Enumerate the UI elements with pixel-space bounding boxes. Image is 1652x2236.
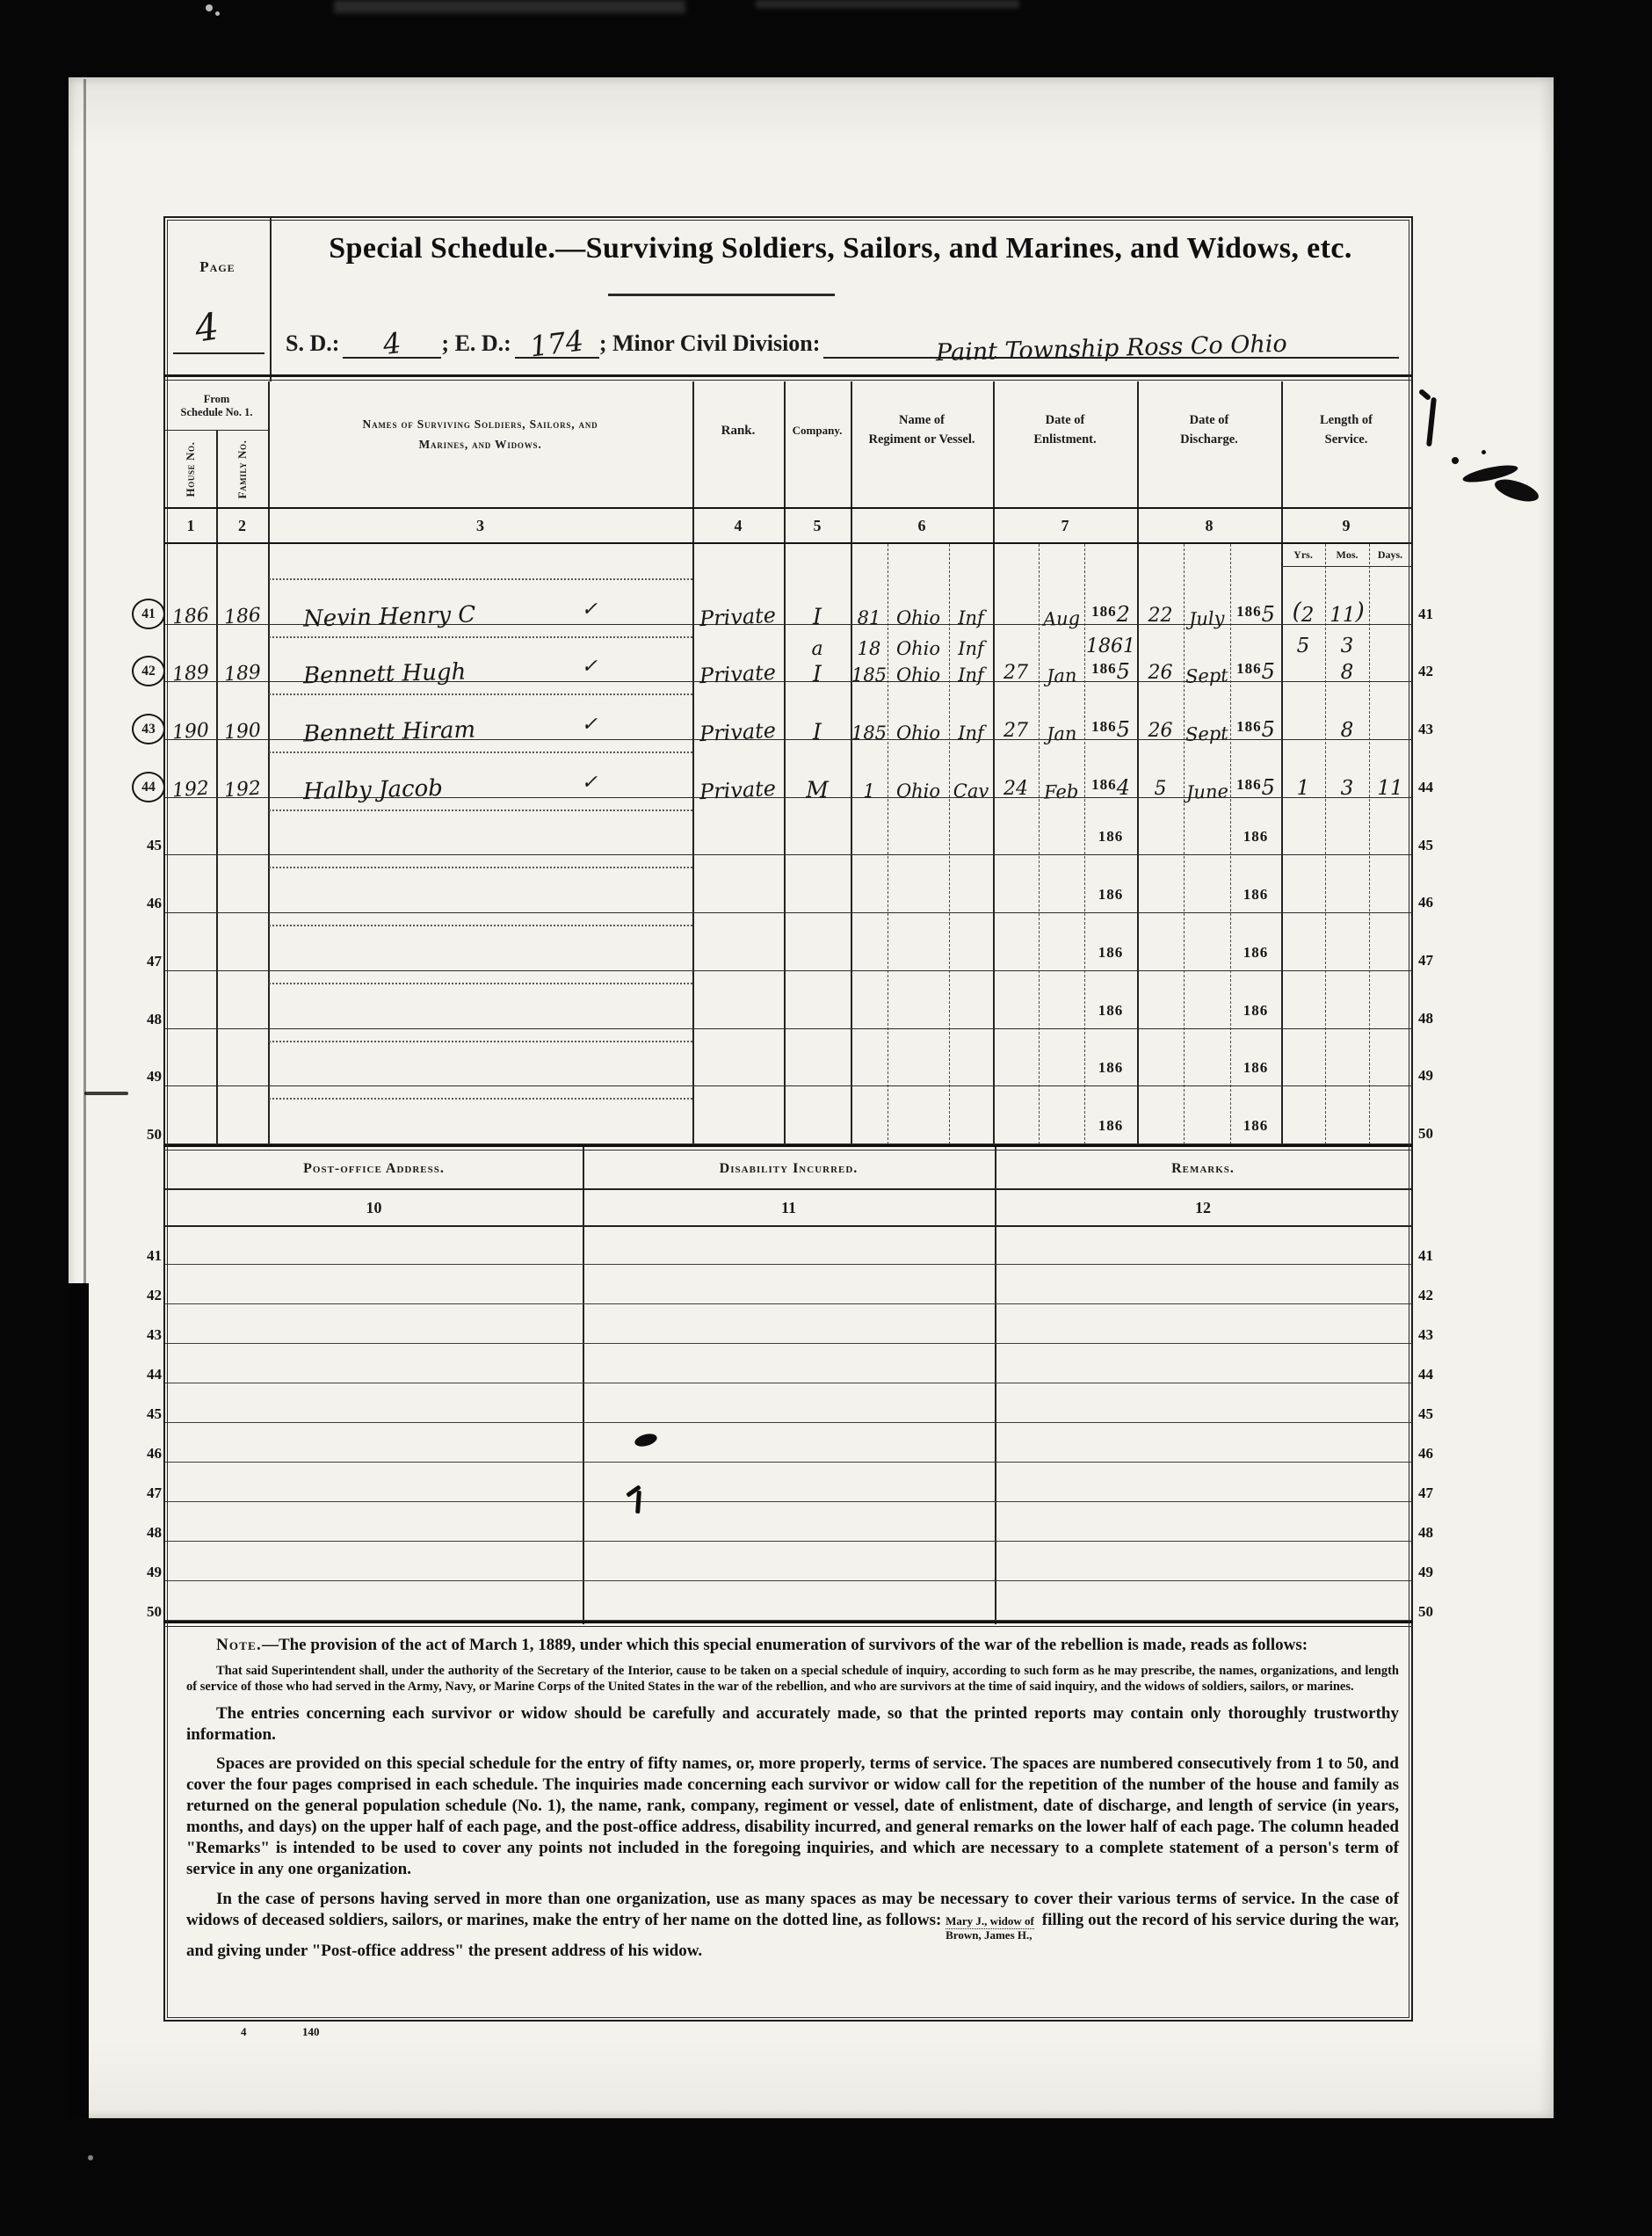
enlist-year-cell: 1862 [1084,567,1137,624]
discharge-year-cell: 186 [1230,971,1281,1028]
discharge-header: Date of Discharge. [1137,381,1281,507]
row-number-left: 48 [134,1524,162,1542]
row-number-right: 47 [1418,1485,1453,1502]
table-row [165,1542,1411,1581]
discharge-day: 26 [1148,720,1173,742]
row-number-right: 42 [1418,663,1453,680]
ink-smudge [1452,457,1459,464]
row-number-right: 50 [1418,1603,1453,1621]
enlistment-header-line1: Date of [993,411,1137,431]
empty-cells [165,913,1084,970]
regiment-no-cell: 81 [851,567,888,624]
table-row: 186 186 [165,1086,1411,1144]
yrs-subheader: Yrs. [1281,544,1325,566]
company-cell: I [784,625,851,682]
table-row: 186 186 [165,855,1411,913]
schedule-ref-header: From Schedule No. 1. House No. Family No… [165,381,268,507]
name-cell: Bennett Hugh✓ [268,625,692,682]
row-number-left: 49 [134,1068,162,1085]
regiment-header-line1: Name of [851,411,993,431]
regiment-branch-cell: Inf [949,625,993,682]
discharge-year-cell: 186 [1230,913,1281,970]
ed-value-handwritten: 174 [528,323,585,363]
house-no-cell: 186 [165,567,216,624]
mos-cell: 8 [1325,682,1369,739]
length-header-line2: Service. [1281,431,1411,450]
discharge-year-cell: 186 [1230,855,1281,912]
name-cell: Bennett Hiram✓ [268,682,692,739]
discharge-year-printed: 186 [1236,776,1262,794]
paren-close: ) [1356,599,1365,625]
empty-cells [1281,1086,1411,1143]
sd-blank: 4 [343,327,441,359]
row-number-right: 49 [1418,1564,1453,1581]
column-number: 10 [165,1192,583,1223]
table-row: 189 189 Bennett Hugh✓ Private I 185 Ohio… [165,625,1411,683]
enlist-year-digit: 5 [1117,659,1130,684]
empty-cells [1137,913,1230,970]
table-row: 186 186 [165,798,1411,856]
row-number-right: 41 [1418,1247,1453,1265]
table-row [165,1344,1411,1383]
name-cell: Nevin Henry C✓ [268,567,692,624]
discharge-header-line2: Discharge. [1137,431,1281,450]
enlist-year-cell: 1865 [1084,682,1137,739]
disability-header: Disability Incurred. [583,1153,995,1185]
note-section: Note.—The provision of the act of March … [174,1635,1411,2013]
film-streak [756,0,1019,8]
section-divider-band [163,1144,1413,1151]
check-icon: ✓ [582,714,598,736]
mcd-value-handwritten: Paint Township Ross Co Ohio [936,330,1287,367]
scanned-page-canvas: Page 4 Special Schedule.—Surviving Soldi… [0,0,1652,2236]
mos-cell: 11) [1325,567,1369,624]
note-statute-paragraph: That said Superintendent shall, under th… [186,1664,1399,1695]
company-cell: I [784,682,851,739]
discharge-year-printed: 186 [1236,660,1262,678]
length-header-line1: Length of [1281,411,1411,431]
column-number: 8 [1137,509,1281,542]
discharge-year-cell: 1865 [1230,567,1281,624]
empty-cells [1137,971,1230,1028]
discharge-year-printed: 186 [1236,603,1262,621]
names-header-line2: Marines, and Widows. [268,435,692,455]
table-row [165,1225,1411,1265]
enlist-day-cell: 27 [993,682,1039,739]
empty-cells [1281,913,1411,970]
enlist-year-printed: 186 [1098,1002,1124,1020]
row-number-left: 47 [134,953,162,970]
days-subheader: Days. [1369,544,1411,566]
enlist-year-printed: 186 [1098,1117,1124,1135]
enlist-year-printed: 186 [1091,603,1117,621]
service-mos: 3 [1341,777,1354,800]
dust-speck [215,11,220,16]
discharge-year-cell: 186 [1230,1029,1281,1086]
row-number-right: 47 [1418,952,1453,969]
house-no-header: House No. [184,430,198,509]
empty-cells [165,855,1084,912]
company-cell: M [784,740,851,797]
section-divider-band [163,1621,1413,1627]
days-cell: 11 [1369,740,1411,797]
paren-open: ( [1293,599,1301,625]
table-row: 186 186 [165,1029,1411,1087]
row-number-left: 48 [134,1011,162,1028]
row-number-left: 45 [134,837,162,854]
table-row: 186 186 [165,971,1411,1029]
discharge-year-digit: 5 [1262,602,1275,627]
schedule-form: Page 4 Special Schedule.—Surviving Soldi… [163,216,1413,2022]
empty-cells [1281,855,1411,912]
column-number: 3 [268,509,692,542]
film-streak [334,0,685,13]
length-subheader-row: Yrs. Mos. Days. [1281,544,1411,567]
mos-cell: 3 [1325,740,1369,797]
discharge-year-printed: 186 [1243,944,1269,962]
regiment-branch-cell: Inf [949,567,993,624]
row-number-right: 43 [1418,1326,1453,1344]
enlist-day: 24 [1004,778,1028,800]
plate-mark: 4 [241,2025,247,2039]
film-edge [69,1283,89,2118]
page-label: Page [165,258,270,276]
table-row: 190 190 Bennett Hiram✓ Private I 185 Ohi… [165,682,1411,740]
header-double-rule [163,374,1413,381]
service-days: 11 [1377,777,1402,800]
widow-example-line1: Mary J., widow of [946,1915,1034,1929]
discharge-year-printed: 186 [1243,1059,1269,1077]
empty-cells [165,971,1084,1028]
check-icon: ✓ [582,656,598,678]
column-number: 12 [995,1192,1411,1223]
table-row [165,1383,1411,1423]
row-number-right: 45 [1418,1405,1453,1423]
mcd-label: ; Minor Civil Division: [599,330,824,359]
empty-cells [1137,855,1230,912]
enlist-year-cell: 186 [1084,798,1137,855]
table-row [165,1423,1411,1463]
discharge-day-cell: 26 [1137,682,1184,739]
row-number-left: 43 [134,1326,162,1344]
discharge-year-digit: 5 [1262,717,1275,742]
enlist-year-printed: 186 [1098,828,1124,846]
yrs-cell [1281,625,1325,682]
enlist-year-cell: 186 [1084,971,1137,1028]
check-icon: ✓ [582,772,598,794]
row-number-right: 44 [1418,779,1453,796]
row-number-right: 43 [1418,721,1453,738]
mos-cell: 8 [1325,625,1369,682]
from-schedule-line1: From [165,393,268,405]
enlist-year-digit: 2 [1117,602,1130,627]
regiment-header: Name of Regiment or Vessel. [851,381,993,507]
row-number-right: 46 [1418,894,1453,911]
discharge-month-cell: July [1184,567,1230,624]
discharge-year-digit: 5 [1262,659,1275,684]
discharge-day: 22 [1148,605,1173,627]
discharge-day-cell: 5 [1137,740,1184,797]
empty-cells [1137,1086,1230,1143]
company-cell: I [784,567,851,624]
discharge-day: 5 [1155,778,1167,800]
page-number-handwritten: 4 [192,304,221,350]
discharge-header-line1: Date of [1137,411,1281,431]
discharge-year-cell: 186 [1230,798,1281,855]
row-number-left: 50 [134,1126,162,1143]
lower-table-rows [165,1225,1411,1621]
row-number-circled: 43 [132,714,165,744]
discharge-year-cell: 1865 [1230,740,1281,797]
regiment-state-cell: Ohio [888,567,949,624]
row-number-right: 45 [1418,837,1453,854]
row-number-circled: 42 [132,656,165,686]
enlist-year-cell: 186 [1084,1029,1137,1086]
enlist-day: 27 [1004,662,1028,684]
remarks-header: Remarks. [995,1153,1411,1185]
yrs-cell: 1 [1281,740,1325,797]
enlist-year-cell: 1864 [1084,740,1137,797]
column-number: 11 [583,1192,995,1223]
rank-cell: Private [692,625,784,682]
enlistment-header-line2: Enlistment. [993,431,1137,450]
row-number-left: 46 [134,1445,162,1463]
family-no-header: Family No. [235,430,250,509]
regiment-branch-cell: Inf [949,682,993,739]
paper: Page 4 Special Schedule.—Surviving Soldi… [69,77,1554,2118]
plate-mark: 140 [302,2025,320,2039]
regiment-no-cell: 185 [851,682,888,739]
regiment-branch-cell: Cav [949,740,993,797]
rank-cell: Private [692,567,784,624]
enlist-year-printed: 186 [1091,718,1117,736]
mcd-blank: Paint Township Ross Co Ohio [823,335,1399,359]
enlist-year-printed: 186 [1091,776,1117,794]
row-number-right: 48 [1418,1524,1453,1542]
enlist-month-cell: Jan [1039,682,1084,739]
lower-column-number-row: 10 11 12 [165,1192,1411,1223]
empty-cells [165,1086,1084,1143]
check-icon: ✓ [582,599,598,621]
row-number-circled: 44 [132,772,165,802]
enlist-day: 27 [1004,720,1028,742]
lower-table-header: Post-office Address. Disability Incurred… [165,1153,1411,1185]
discharge-year-printed: 186 [1243,828,1269,846]
column-number: 9 [1281,509,1411,542]
row-number-right: 50 [1418,1125,1453,1143]
row-number-right: 42 [1418,1287,1453,1304]
note-lead: Note. [216,1636,262,1654]
upper-table-rows: 186 186 Nevin Henry C✓ Private I 81 Ohio… [165,567,1411,1144]
note-paragraph: Spaces are provided on this special sche… [186,1753,1399,1881]
table-row: 186 186 [165,913,1411,971]
rank-header: Rank. [692,381,784,507]
house-no-cell: 192 [165,740,216,797]
discharge-day-cell: 22 [1137,567,1184,624]
service-mos: 8 [1341,719,1354,742]
title-underline [608,294,835,296]
empty-cells [1281,798,1411,855]
enlistment-header: Date of Enlistment. [993,381,1137,507]
discharge-year-cell: 186 [1230,1086,1281,1143]
vertical-labels: House No. Family No. [165,431,268,507]
empty-cells [1137,1029,1230,1086]
enlist-year-cell: 1865 [1084,625,1137,682]
empty-cells [165,1029,1084,1086]
rule [165,1188,1411,1190]
enlist-day-cell [993,567,1039,624]
regiment-state-cell: Ohio [888,625,949,682]
names-header: Names of Surviving Soldiers, Sailors, an… [268,381,692,507]
enlist-month-cell: Aug [1039,567,1084,624]
row-number-right: 49 [1418,1067,1453,1085]
names-header-line1: Names of Surviving Soldiers, Sailors, an… [268,415,692,435]
column-number: 7 [993,509,1137,542]
days-cell [1369,682,1411,739]
postoffice-header: Post-office Address. [165,1153,583,1185]
service-mos: 11 [1330,604,1355,627]
regiment-no-cell: 185 [851,625,888,682]
widow-entry-example: Mary J., widow ofBrown, James H., [946,1915,1034,1941]
from-schedule-box: From Schedule No. 1. [165,381,268,431]
regiment-state-cell: Ohio [888,740,949,797]
dust-speck [206,4,213,11]
yrs-cell: (2 [1281,567,1325,624]
table-row [165,1304,1411,1344]
enlist-year-digit: 4 [1117,775,1130,800]
row-number-right: 41 [1418,606,1453,623]
column-number-row: 1 2 3 4 5 6 7 8 9 [165,507,1411,544]
row-number-left: 46 [134,895,162,912]
table-row [165,1502,1411,1542]
note-heading: Note.—The provision of the act of March … [186,1635,1399,1656]
discharge-day-cell: 26 [1137,625,1184,682]
mos-subheader: Mos. [1325,544,1369,566]
table-row [165,1265,1411,1304]
column-number: 5 [784,509,851,542]
discharge-year-printed: 186 [1243,886,1269,904]
table-row: 186 186 Nevin Henry C✓ Private I 81 Ohio… [165,567,1411,625]
row-number-circled: 41 [132,599,165,629]
discharge-year-printed: 186 [1236,718,1262,736]
sd-label: S. D.: [286,330,343,359]
family-no-cell: 189 [216,625,268,682]
family-no-cell: 190 [216,682,268,739]
ink-smudge [1482,450,1486,454]
page-number-underline [173,352,264,354]
enlist-day-cell: 27 [993,625,1039,682]
row-number-left: 45 [134,1405,162,1423]
enlist-month-cell: Jan [1039,625,1084,682]
enlist-year-cell: 186 [1084,1086,1137,1143]
days-cell [1369,567,1411,624]
row-number-right: 44 [1418,1366,1453,1383]
discharge-year-cell: 1865 [1230,682,1281,739]
row-number-left: 49 [134,1564,162,1581]
family-no-cell: 186 [216,567,268,624]
rank-cell: Private [692,682,784,739]
regiment-header-line2: Regiment or Vessel. [851,431,993,450]
discharge-year-digit: 5 [1262,775,1275,800]
service-yrs: 2 [1301,604,1315,627]
row-number-left: 42 [134,1287,162,1304]
column-number: 1 [165,509,216,542]
ed-blank: 174 [515,327,599,359]
enlist-year-digit: 5 [1117,717,1130,742]
discharge-year-cell: 1865 [1230,625,1281,682]
yrs-cell [1281,682,1325,739]
district-line: S. D.: 4 ; E. D.: 174 ; Minor Civil Divi… [286,315,1399,359]
rank-cell: Private [692,740,784,797]
empty-cells [1137,798,1230,855]
discharge-day: 26 [1148,662,1173,684]
enlist-year-printed: 186 [1098,1059,1124,1077]
row-number-right: 46 [1418,1445,1453,1463]
enlist-day-cell: 24 [993,740,1039,797]
ink-mark [84,1092,128,1095]
enlist-month-cell: Feb [1039,740,1084,797]
empty-cells [1281,1029,1411,1086]
enlist-year-printed: 186 [1098,944,1124,962]
column-number: 4 [692,509,784,542]
house-no-cell: 189 [165,625,216,682]
discharge-month-cell: Sept [1184,625,1230,682]
length-header: Length of Service. [1281,381,1411,507]
row-number-left: 50 [134,1603,162,1621]
table-row [165,1581,1411,1621]
regiment-state-cell: Ohio [888,682,949,739]
ed-label: ; E. D.: [441,330,514,359]
discharge-month-cell: Sept [1184,682,1230,739]
note-paragraph: The entries concerning each survivor or … [186,1703,1399,1746]
note-paragraph: In the case of persons having served in … [186,1889,1399,1963]
upper-table-header: From Schedule No. 1. House No. Family No… [165,381,1411,507]
dust-speck [88,2155,93,2160]
enlist-year-printed: 186 [1098,886,1124,904]
row-number-right: 48 [1418,1010,1453,1027]
discharge-year-printed: 186 [1243,1002,1269,1020]
note-heading-rest: —The provision of the act of March 1, 18… [262,1636,1308,1654]
enlist-year-cell: 186 [1084,855,1137,912]
empty-cells [1281,971,1411,1028]
company-header: Company. [784,381,851,507]
family-no-cell: 192 [216,740,268,797]
enlist-year-cell: 186 [1084,913,1137,970]
form-title: Special Schedule.—Surviving Soldiers, Sa… [270,232,1411,265]
widow-example-line2: Brown, James H., [946,1929,1034,1942]
sd-value-handwritten: 4 [381,326,403,361]
discharge-year-printed: 186 [1243,1117,1269,1135]
row-number-left: 44 [134,1366,162,1383]
table-row [165,1463,1411,1502]
house-no-cell: 190 [165,682,216,739]
table-row: 192 192 Halby Jacob✓ Private M 1 Ohio Ca… [165,740,1411,798]
row-number-left: 47 [134,1485,162,1502]
column-number: 6 [851,509,993,542]
column-number: 2 [216,509,268,542]
row-number-left: 41 [134,1247,162,1265]
regiment-no-cell: 1 [851,740,888,797]
enlist-year-printed: 186 [1091,660,1117,678]
discharge-month-cell: June [1184,740,1230,797]
service-mos: 8 [1341,661,1354,684]
service-yrs: 1 [1297,777,1310,800]
name-cell: Halby Jacob✓ [268,740,692,797]
from-schedule-line2: Schedule No. 1. [165,406,268,418]
empty-cells [165,798,1084,855]
days-cell [1369,625,1411,682]
page-edge-line [83,79,86,1285]
